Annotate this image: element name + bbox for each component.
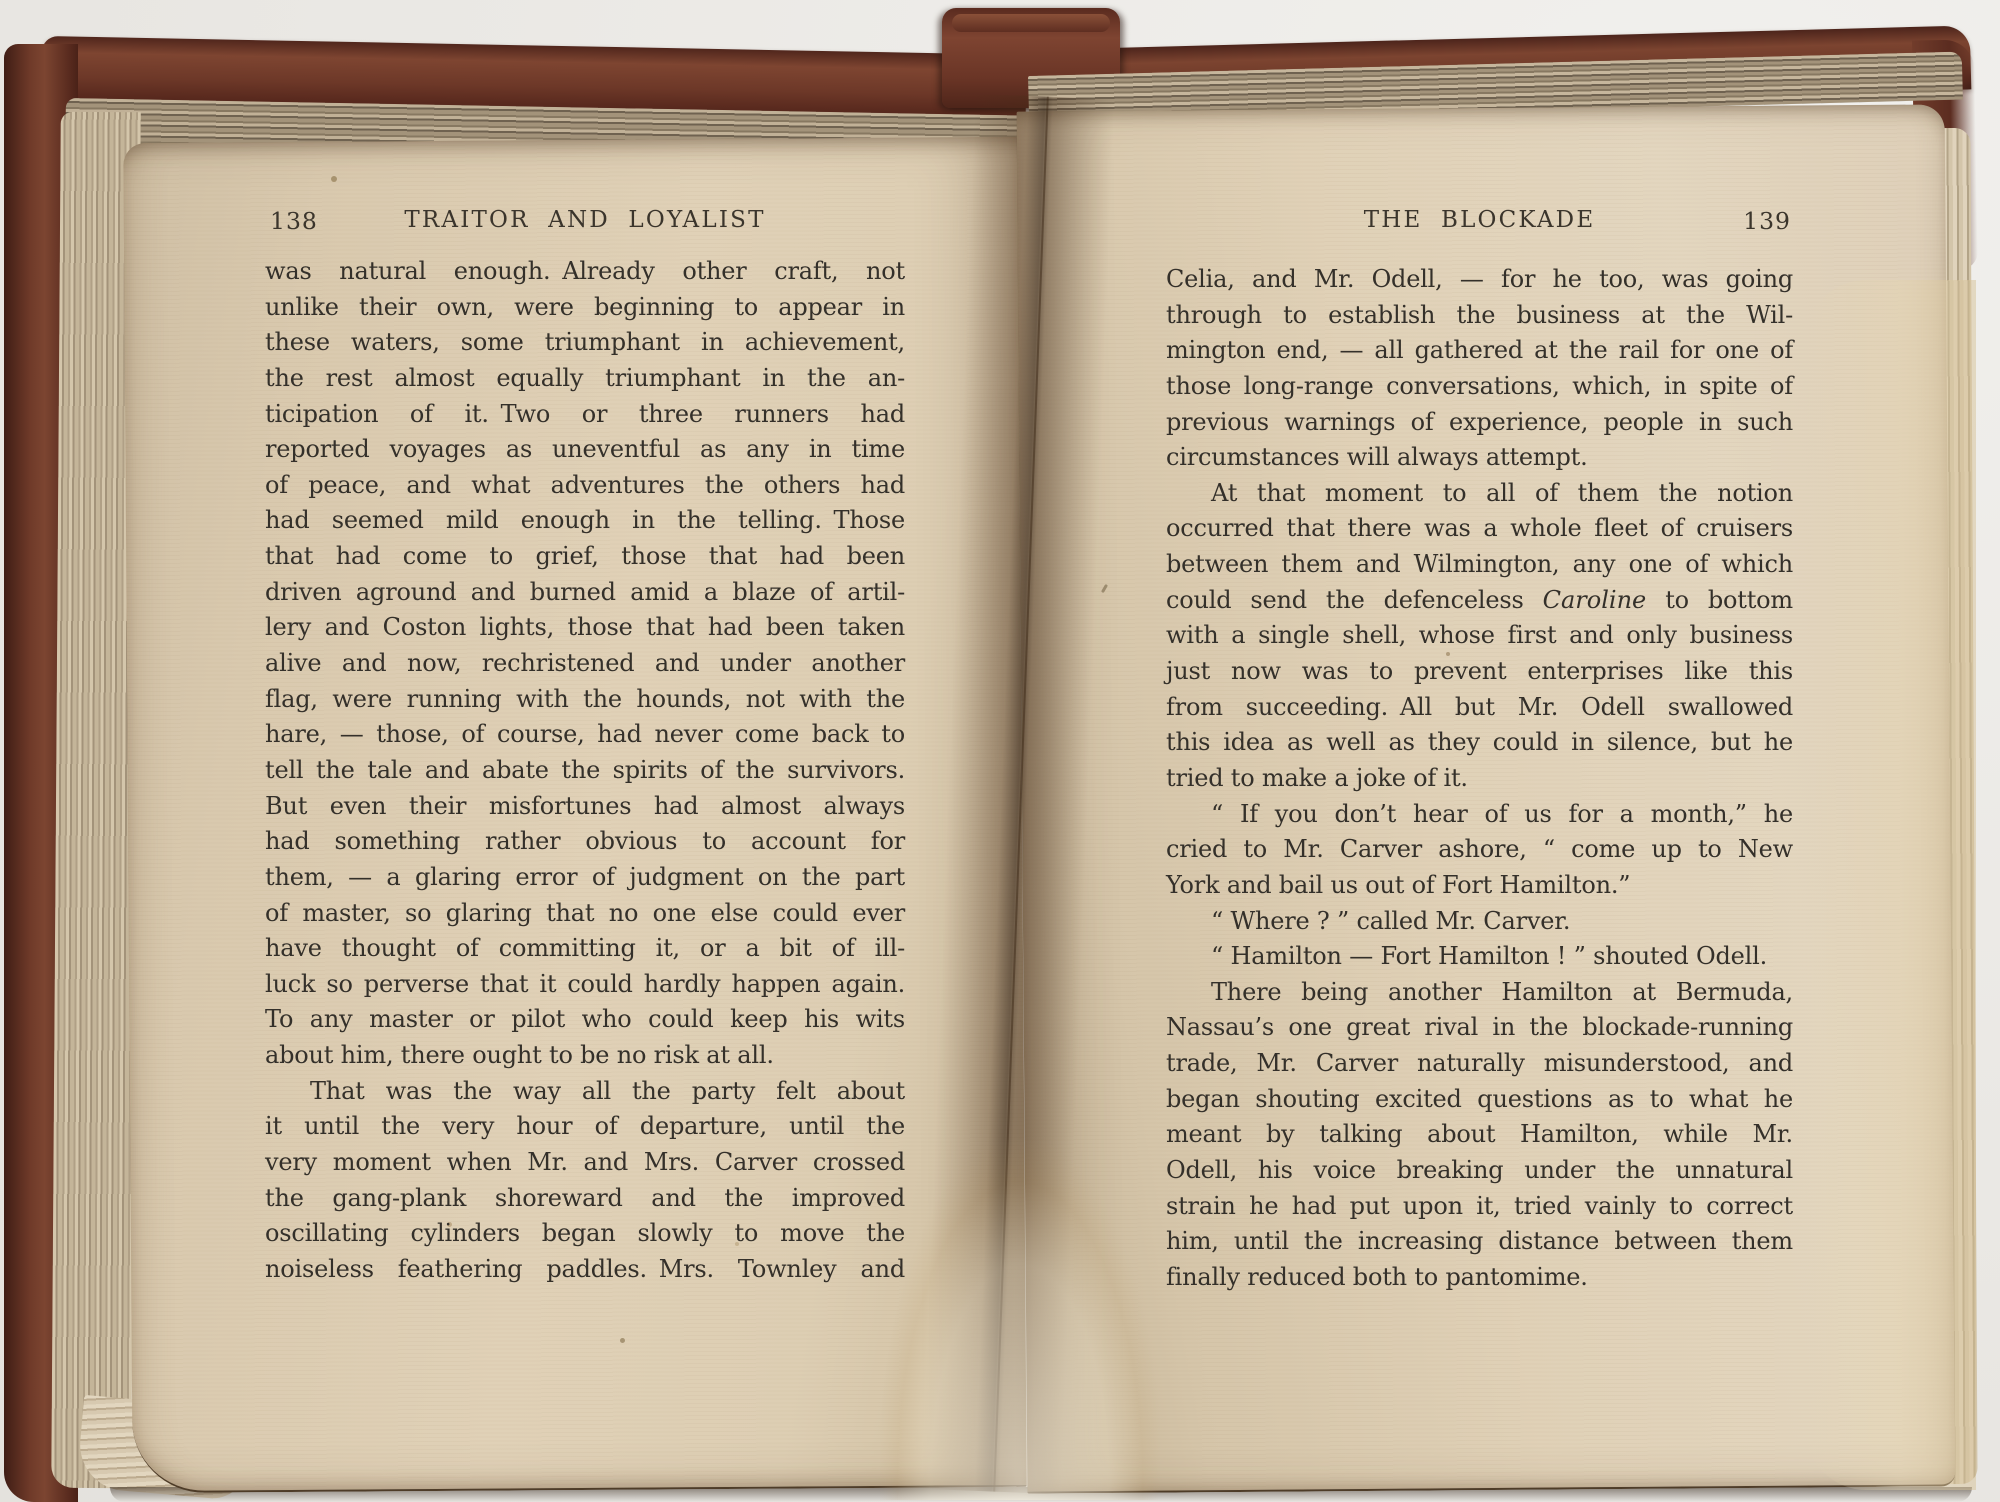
book-photo: 138 TRAITOR AND LOYALIST was natural eno… — [0, 0, 2000, 1502]
text-line: strain he had put upon it, tried vainly … — [1166, 1189, 1793, 1225]
running-header-left: TRAITOR AND LOYALIST — [404, 207, 765, 233]
text-line: with a single shell, whose first and onl… — [1166, 618, 1793, 654]
text-line: those long-range conversations, which, i… — [1166, 369, 1793, 405]
text-line: the gang-plank shoreward and the improve… — [265, 1181, 905, 1217]
right-page-text: THE BLOCKADE 139 Celia, and Mr. Odell, —… — [1166, 206, 1793, 1296]
text-line: about him, there ought to be no risk at … — [265, 1038, 905, 1074]
text-line: Celia, and Mr. Odell, — for he too, was … — [1166, 262, 1793, 298]
text-line: noiseless feathering paddles. Mrs. Townl… — [265, 1252, 905, 1288]
text-line: circumstances will always attempt. — [1166, 440, 1793, 476]
text-line: them, — a glaring error of judgment on t… — [265, 860, 905, 896]
text-line: hare, — those, of course, had never come… — [265, 717, 905, 753]
text-line: trade, Mr. Carver naturally misunderstoo… — [1166, 1046, 1793, 1082]
text-line: have thought of committing it, or a bit … — [265, 931, 905, 967]
text-line: driven aground and burned amid a blaze o… — [265, 575, 905, 611]
right-page-header-row: THE BLOCKADE 139 — [1166, 206, 1793, 236]
text-line: alive and now, rechristened and under an… — [265, 646, 905, 682]
text-line: cried to Mr. Carver ashore, “ come up to… — [1166, 832, 1793, 868]
text-line: luck so perverse that it could hardly ha… — [265, 967, 905, 1003]
text-line: these waters, some triumphant in achieve… — [265, 325, 905, 361]
text-line: this idea as well as they could in silen… — [1166, 725, 1793, 761]
text-line: oscillating cylinders began slowly to mo… — [265, 1216, 905, 1252]
text-line: had something rather obvious to account … — [265, 824, 905, 860]
text-line: York and bail us out of Fort Hamilton.” — [1166, 868, 1793, 904]
text-line: occurred that there was a whole fleet of… — [1166, 511, 1793, 547]
text-line: lery and Coston lights, those that had b… — [265, 610, 905, 646]
text-line: But even their misfortunes had almost al… — [265, 789, 905, 825]
left-page-header-row: 138 TRAITOR AND LOYALIST — [265, 206, 905, 236]
text-line: previous warnings of experience, people … — [1166, 405, 1793, 441]
text-line: Odell, his voice breaking under the unna… — [1166, 1153, 1793, 1189]
text-line: could send the defenceless Caroline to b… — [1166, 583, 1793, 619]
text-line: him, until the increasing distance betwe… — [1166, 1224, 1793, 1260]
page-number-left: 138 — [270, 207, 318, 235]
text-line: At that moment to all of them the notion — [1166, 476, 1793, 512]
text-line: There being another Hamilton at Bermuda, — [1166, 975, 1793, 1011]
right-page-body: Celia, and Mr. Odell, — for he too, was … — [1166, 262, 1793, 1296]
text-line: of peace, and what adventures the others… — [265, 468, 905, 504]
text-line: “ If you don’t hear of us for a month,” … — [1166, 797, 1793, 833]
text-line: That was the way all the party felt abou… — [265, 1074, 905, 1110]
text-line: “ Hamilton — Fort Hamilton ! ” shouted O… — [1166, 939, 1793, 975]
running-header-right: THE BLOCKADE — [1364, 207, 1596, 233]
text-line: tell the tale and abate the spirits of t… — [265, 753, 905, 789]
left-page-text: 138 TRAITOR AND LOYALIST was natural eno… — [265, 206, 905, 1288]
text-line: between them and Wilmington, any one of … — [1166, 547, 1793, 583]
text-line: it until the very hour of departure, unt… — [265, 1109, 905, 1145]
text-line: very moment when Mr. and Mrs. Carver cro… — [265, 1145, 905, 1181]
text-line: tried to make a joke of it. — [1166, 761, 1793, 797]
text-line: from succeeding. All but Mr. Odell swall… — [1166, 690, 1793, 726]
text-line: “ Where ? ” called Mr. Carver. — [1166, 904, 1793, 940]
text-line: was natural enough. Already other craft,… — [265, 254, 905, 290]
text-line: To any master or pilot who could keep hi… — [265, 1002, 905, 1038]
text-line: had seemed mild enough in the telling. T… — [265, 503, 905, 539]
text-line: Nassau’s one great rival in the blockade… — [1166, 1010, 1793, 1046]
text-line: ticipation of it. Two or three runners h… — [265, 397, 905, 433]
text-line: unlike their own, were beginning to appe… — [265, 290, 905, 326]
text-line: finally reduced both to pantomime. — [1166, 1260, 1793, 1296]
text-line: mington end, — all gathered at the rail … — [1166, 333, 1793, 369]
text-line: flag, were running with the hounds, not … — [265, 682, 905, 718]
text-line: of master, so glaring that no one else c… — [265, 896, 905, 932]
left-page-body: was natural enough. Already other craft,… — [265, 254, 905, 1288]
text-line: began shouting excited questions as to w… — [1166, 1082, 1793, 1118]
text-line: through to establish the business at the… — [1166, 298, 1793, 334]
text-line: the rest almost equally triumphant in th… — [265, 361, 905, 397]
text-line: just now was to prevent enterprises like… — [1166, 654, 1793, 690]
text-line: reported voyages as uneventful as any in… — [265, 432, 905, 468]
page-number-right: 139 — [1743, 207, 1791, 235]
text-line: meant by talking about Hamilton, while M… — [1166, 1117, 1793, 1153]
text-line: that had come to grief, those that had b… — [265, 539, 905, 575]
